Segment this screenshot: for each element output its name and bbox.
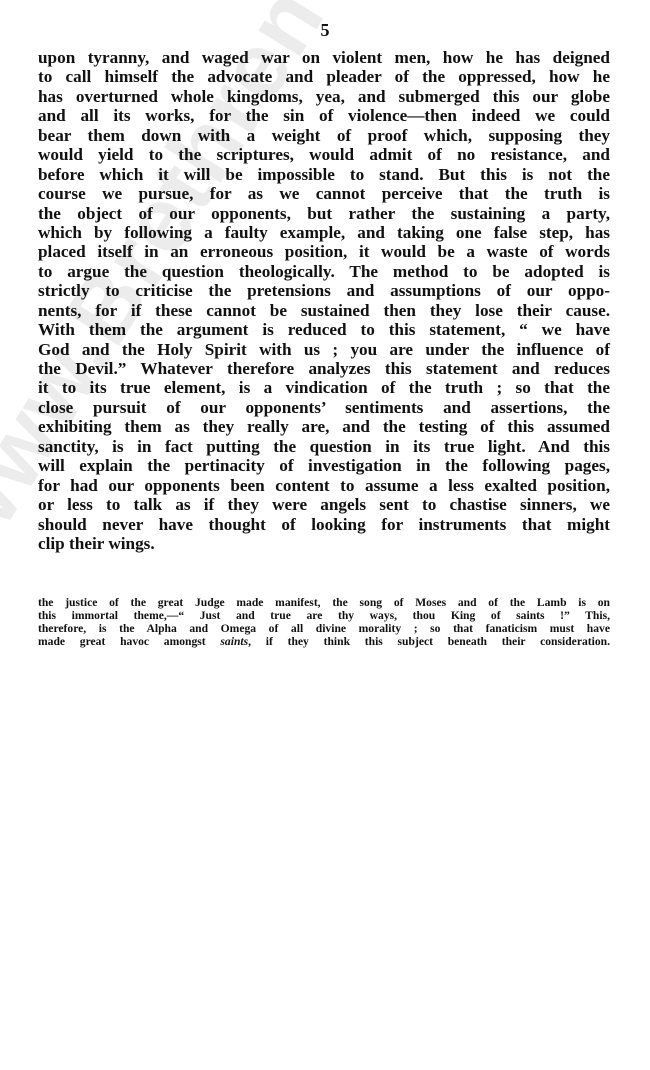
- text-line: it to its true element, is a vindication…: [38, 378, 610, 397]
- text-line: strictly to criticise the pretensions an…: [38, 281, 610, 300]
- footnote-italic-word: saints: [220, 635, 248, 648]
- footnote-line: the justice of the great Judge made mani…: [38, 597, 610, 610]
- text-line: and all its works, for the sin of violen…: [38, 106, 610, 125]
- text-line: the object of our opponents, but rather …: [38, 204, 610, 223]
- footnote-line-last: made great havoc amongst saints, if they…: [38, 636, 610, 649]
- footnote-line: this immortal theme,—“ Just and true are…: [38, 610, 610, 623]
- text-line: exhibiting them as they really are, and …: [38, 417, 610, 436]
- text-line: bear them down with a weight of proof wh…: [38, 126, 610, 145]
- text-line: to argue the question theologically. The…: [38, 262, 610, 281]
- text-line: With them the argument is reduced to thi…: [38, 320, 610, 339]
- text-line: the Devil.” Whatever therefore analyzes …: [38, 359, 610, 378]
- text-line: or less to talk as if they were angels s…: [38, 495, 610, 514]
- text-line: sanctity, is in fact putting the questio…: [38, 437, 610, 456]
- text-line: course we pursue, for as we cannot perce…: [38, 184, 610, 203]
- text-line: would yield to the scriptures, would adm…: [38, 145, 610, 164]
- text-line: upon tyranny, and waged war on violent m…: [38, 48, 610, 67]
- footnote-block: the justice of the great Judge made mani…: [38, 597, 610, 649]
- text-line: close pursuit of our opponents’ sentimen…: [38, 398, 610, 417]
- text-line: for had our opponents been content to as…: [38, 476, 610, 495]
- text-line: has overturned whole kingdoms, yea, and …: [38, 87, 610, 106]
- text-line-last: clip their wings.: [38, 534, 610, 553]
- text-line: to call himself the advocate and pleader…: [38, 67, 610, 86]
- text-line: will explain the pertinacity of investig…: [38, 456, 610, 475]
- page-number: 5: [0, 20, 650, 41]
- text-line: placed itself in an erroneous position, …: [38, 242, 610, 261]
- text-line: before which it will be impossible to st…: [38, 165, 610, 184]
- text-line: which by following a faulty example, and…: [38, 223, 610, 242]
- text-line: God and the Holy Spirit with us ; you ar…: [38, 340, 610, 359]
- text-line: nents, for if these cannot be sustained …: [38, 301, 610, 320]
- document-page: 5 upon tyranny, and waged war on violent…: [0, 0, 650, 1070]
- main-text-block: upon tyranny, and waged war on violent m…: [38, 48, 610, 553]
- text-line: should never have thought of looking for…: [38, 515, 610, 534]
- footnote-text: , if they think this subject beneath the…: [248, 635, 610, 648]
- footnote-text: made great havoc amongst: [38, 635, 220, 648]
